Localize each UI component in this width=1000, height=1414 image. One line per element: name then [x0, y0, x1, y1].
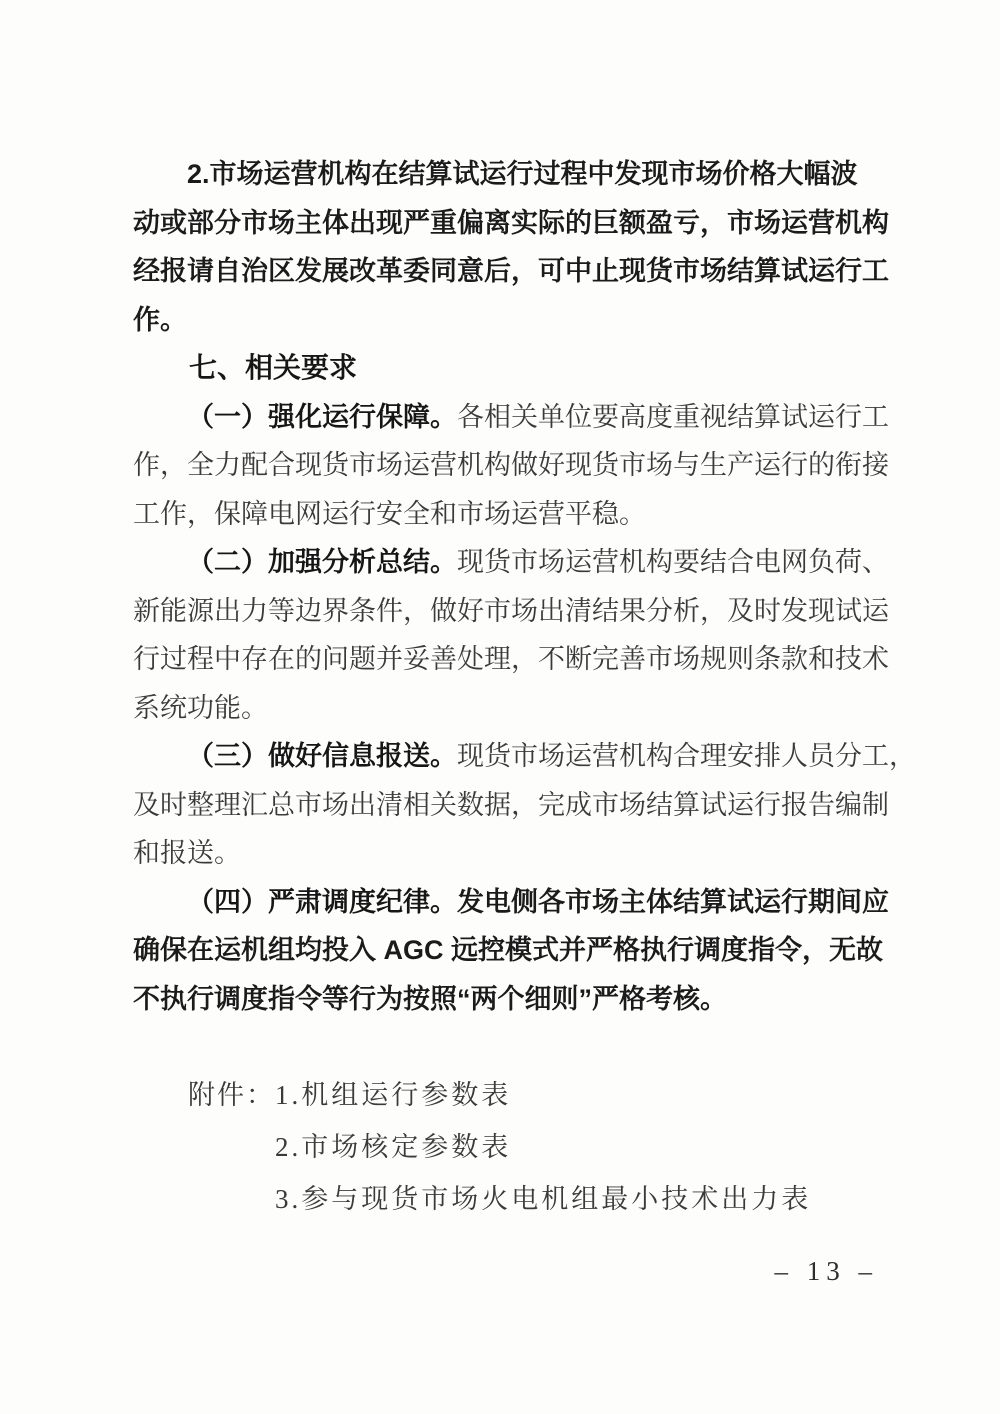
attachments-block: 附件： 1.机组运行参数表 2.市场核定参数表 3.参与现货市场火电机组最小技术…	[188, 1069, 933, 1225]
attachments-list: 1.机组运行参数表 2.市场核定参数表 3.参与现货市场火电机组最小技术出力表	[275, 1069, 933, 1225]
requirement-item-2-lead: （二）加强分析总结。	[187, 547, 457, 577]
requirement-item-2: （二）加强分析总结。现货市场运营机构要结合电网负荷、 新能源出力等边界条件，做好…	[133, 538, 933, 732]
page-number: – 13 –	[775, 1256, 879, 1287]
attachments-label: 附件：	[188, 1069, 275, 1121]
document-content: 2.市场运营机构在结算试运行过程中发现市场价格大幅波 动或部分市场主体出现严重偏…	[133, 150, 933, 1225]
section-heading-related-requirements: 七、相关要求	[133, 344, 933, 393]
requirement-item-4-lead: （四）严肃调度纪律。	[187, 887, 457, 917]
requirement-item-1-lead: （一）强化运行保障。	[187, 402, 457, 432]
attachment-item-unit-operating-parameters: 1.机组运行参数表	[275, 1069, 933, 1121]
requirement-item-3: （三）做好信息报送。现货市场运营机构合理安排人员分工， 及时整理汇总市场出清相关…	[133, 732, 933, 878]
requirement-item-4: （四）严肃调度纪律。发电侧各市场主体结算试运行期间应 确保在运机组均投入 AGC…	[133, 878, 933, 1024]
requirement-item-1: （一）强化运行保障。各相关单位要高度重视结算试运行工 作，全力配合现货市场运营机…	[133, 393, 933, 539]
requirement-item-3-lead: （三）做好信息报送。	[187, 741, 457, 771]
attachment-item-thermal-unit-min-output: 3.参与现货市场火电机组最小技术出力表	[275, 1173, 933, 1225]
paragraph-settlement-suspension: 2.市场运营机构在结算试运行过程中发现市场价格大幅波 动或部分市场主体出现严重偏…	[133, 150, 933, 344]
attachment-item-market-approved-parameters: 2.市场核定参数表	[275, 1121, 933, 1173]
document-page: 2.市场运营机构在结算试运行过程中发现市场价格大幅波 动或部分市场主体出现严重偏…	[0, 0, 1000, 1414]
